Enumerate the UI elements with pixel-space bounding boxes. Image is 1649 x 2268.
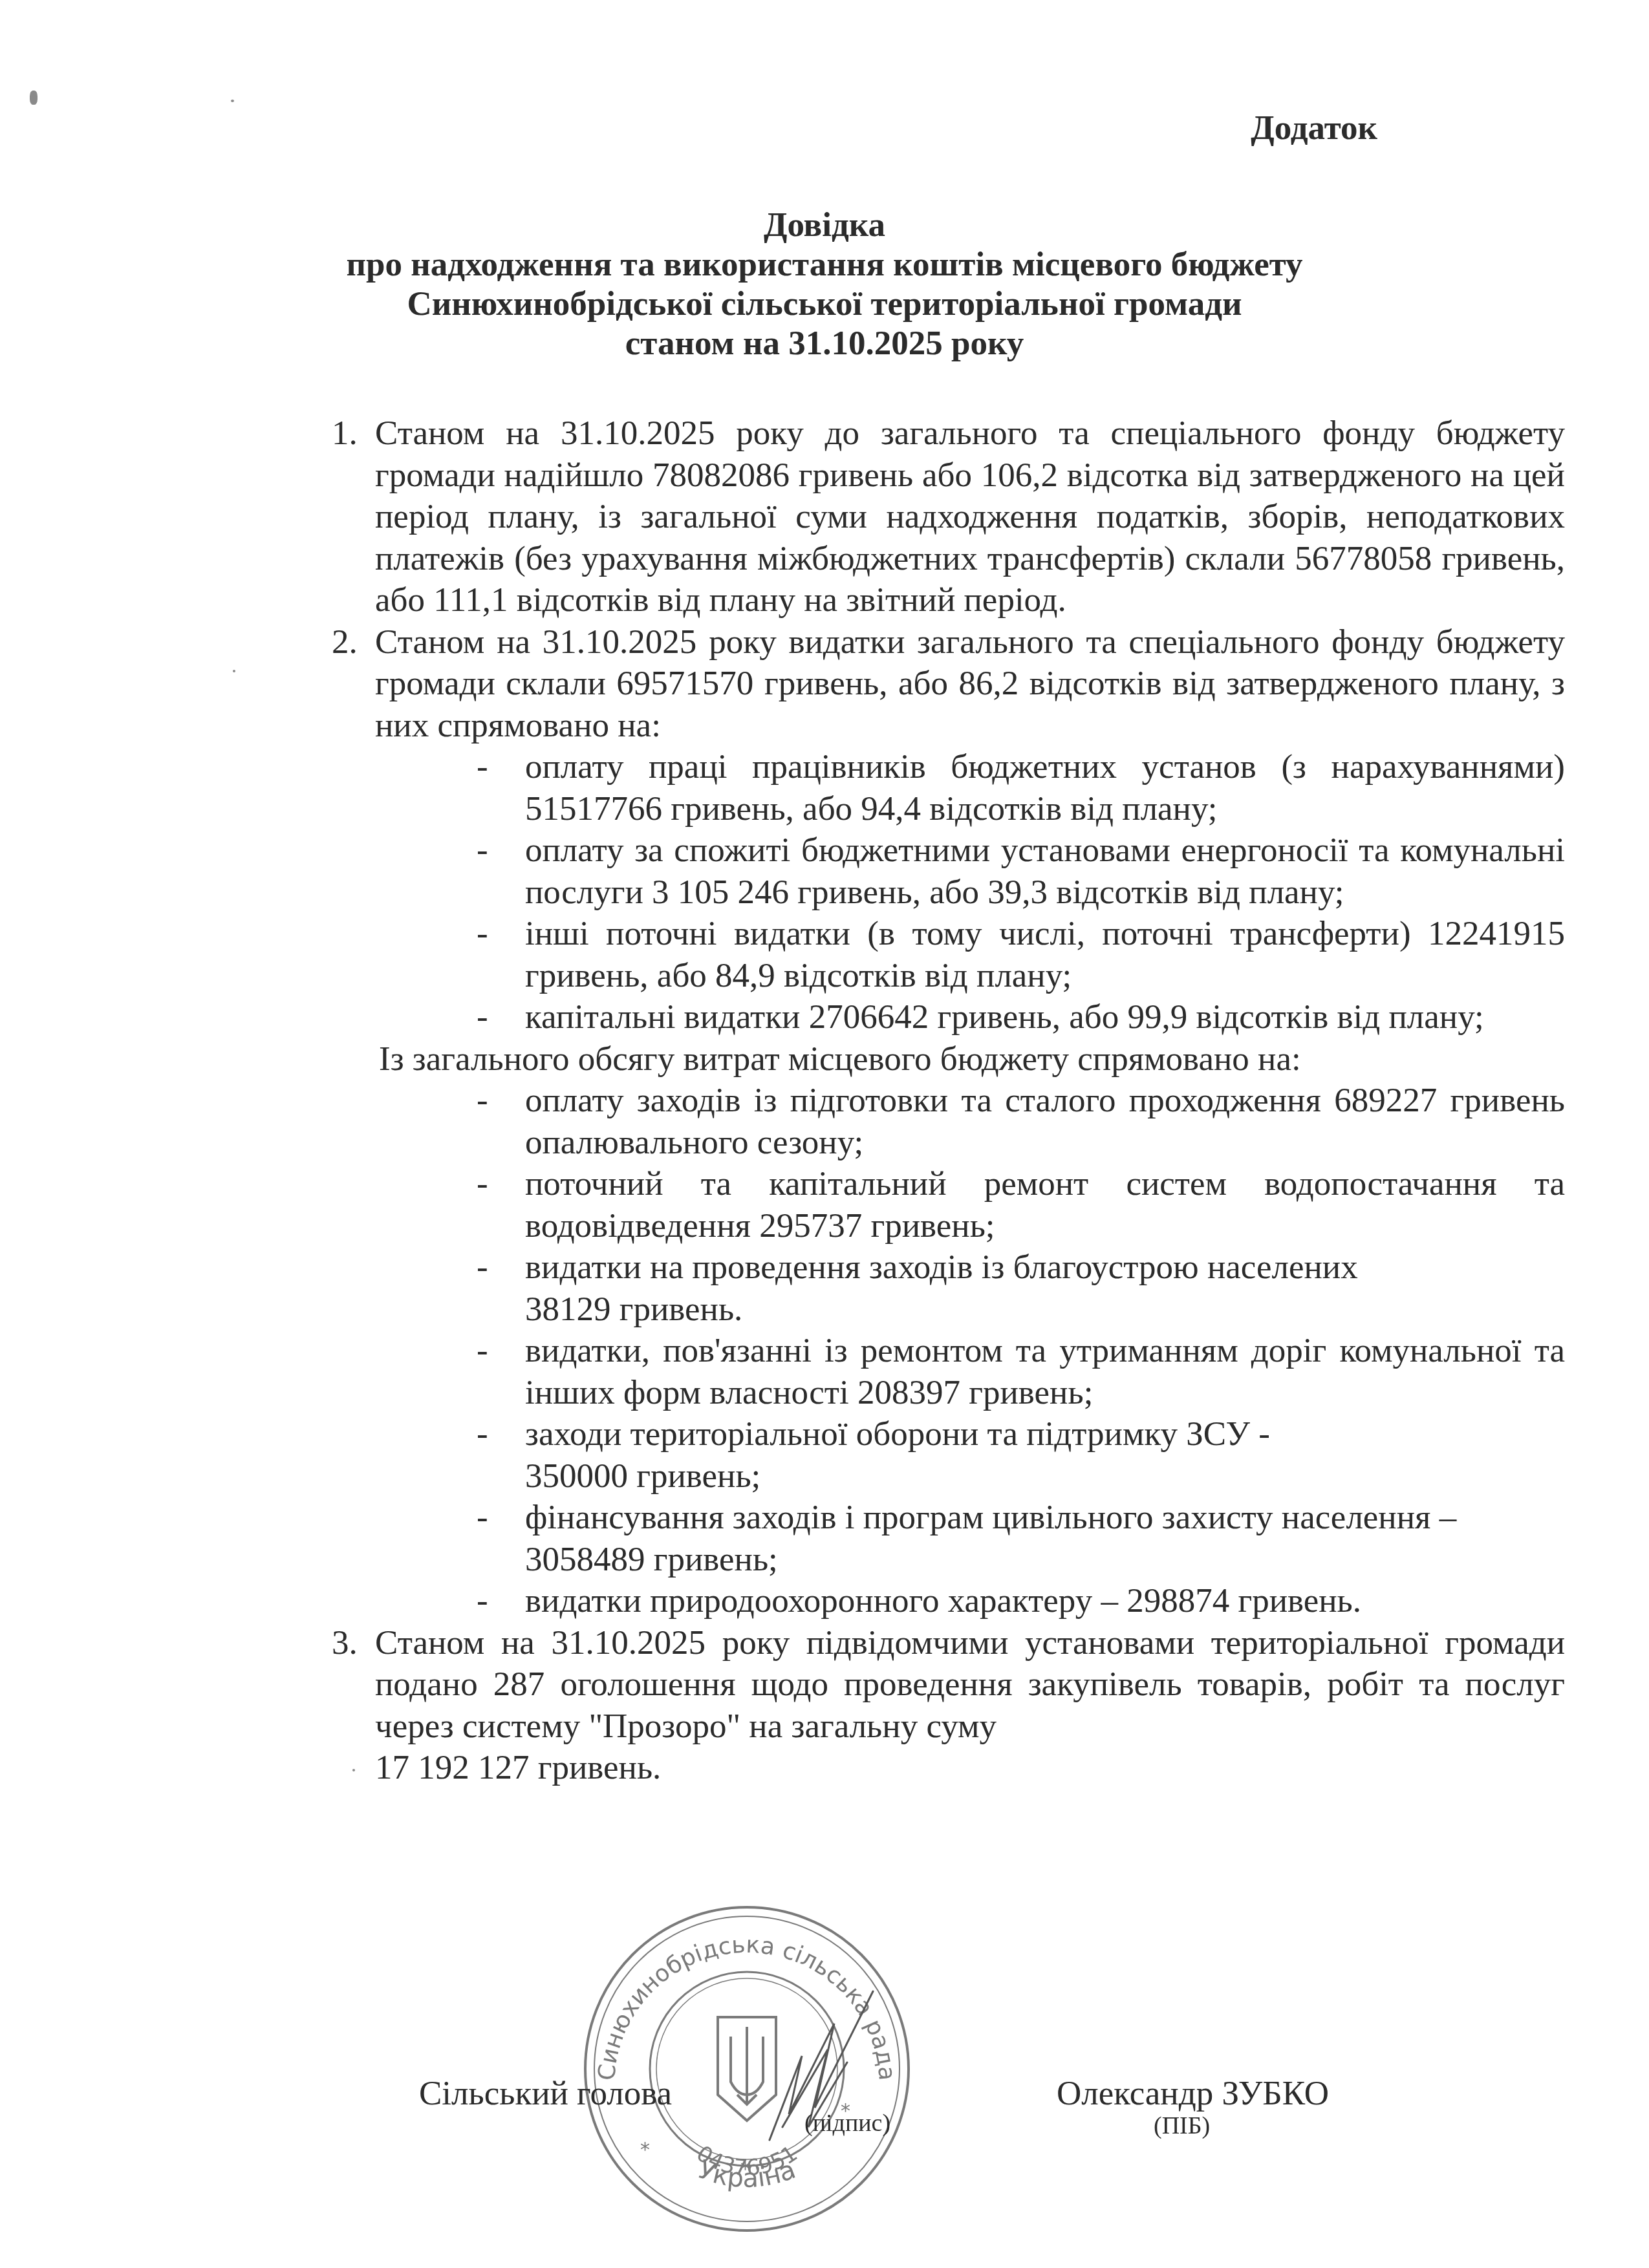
scan-speck	[233, 670, 235, 672]
item-number: 2.	[332, 621, 358, 663]
bullet-item: -видатки на проведення заходів із благоу…	[332, 1246, 1565, 1330]
bullet-text: фінансування заходів і програм цивільног…	[525, 1497, 1565, 1539]
bullet-item: -капітальні видатки 2706642 гривень, або…	[332, 996, 1565, 1038]
bullet-dash-icon: -	[477, 1413, 488, 1455]
bullet-item: -поточний та капітальний ремонт систем в…	[332, 1163, 1565, 1246]
expense-breakdown-list: -оплату праці працівників бюджетних уста…	[332, 746, 1565, 1038]
bullet-item: -оплату праці працівників бюджетних уста…	[332, 746, 1565, 829]
name-caption: (ПІБ)	[1154, 2112, 1210, 2140]
title-line-4: станом на 31.10.2025 року	[0, 324, 1649, 363]
bullet-item: -оплату за спожиті бюджетними установами…	[332, 829, 1565, 913]
appendix-label: Додаток	[1251, 109, 1377, 147]
bullet-text: видатки на проведення заходів із благоус…	[525, 1246, 1565, 1289]
item-text: Станом на 31.10.2025 року підвідомчими у…	[375, 1622, 1565, 1789]
title-line-3: Синюхинобрідської сільської територіальн…	[0, 284, 1649, 324]
bullet-text: поточний та капітальний ремонт систем во…	[525, 1163, 1565, 1246]
bullet-text: видатки, пов'язанні із ремонтом та утрим…	[525, 1330, 1565, 1413]
bullet-dash-icon: -	[477, 913, 488, 955]
bullet-dash-icon: -	[477, 1497, 488, 1539]
bullet-text: 350000 гривень;	[525, 1455, 1565, 1497]
bullet-dash-icon: -	[477, 1246, 488, 1289]
sub-heading: Із загального обсягу витрат місцевого бю…	[332, 1038, 1565, 1080]
signatory-role: Сільський голова	[419, 2074, 672, 2113]
bullet-dash-icon: -	[477, 996, 488, 1038]
bullet-text: 38129 гривень.	[525, 1289, 1565, 1331]
signatory-name: Олександр ЗУБКО	[1057, 2074, 1329, 2113]
bullet-item: -видатки природоохоронного характеру – 2…	[332, 1580, 1565, 1622]
list-item-1: 1. Станом на 31.10.2025 року до загально…	[332, 412, 1565, 621]
bullet-text: 3058489 гривень;	[525, 1539, 1565, 1581]
title-line-1: Довідка	[0, 206, 1649, 245]
item-text: Станом на 31.10.2025 року до загального …	[375, 412, 1565, 621]
bullet-text: видатки природоохоронного характеру – 29…	[525, 1580, 1565, 1622]
bullet-dash-icon: -	[477, 746, 488, 788]
title-line-2: про надходження та використання коштів м…	[0, 245, 1649, 284]
bullet-text: оплату заходів із підготовки та сталого …	[525, 1080, 1565, 1163]
bullet-dash-icon: -	[477, 1080, 488, 1122]
bullet-text: інші поточні видатки (в тому числі, пото…	[525, 913, 1565, 996]
document-title: Довідка про надходження та використання …	[0, 206, 1649, 363]
bullet-item: -фінансування заходів і програм цивільно…	[332, 1497, 1565, 1580]
signature-caption: (підпис)	[804, 2109, 890, 2137]
item-number: 1.	[332, 412, 358, 455]
document-body: 1. Станом на 31.10.2025 року до загально…	[332, 412, 1565, 1789]
item-text: Станом на 31.10.2025 року видатки загаль…	[375, 621, 1565, 747]
bullet-dash-icon: -	[477, 1163, 488, 1205]
scan-speck	[30, 91, 38, 105]
bullet-item: -заходи територіальної оборони та підтри…	[332, 1413, 1565, 1497]
bullet-text: оплату праці працівників бюджетних устан…	[525, 746, 1565, 829]
item-number: 3.	[332, 1622, 358, 1664]
bullet-dash-icon: -	[477, 1580, 488, 1622]
list-item-2: 2. Станом на 31.10.2025 року видатки заг…	[332, 621, 1565, 747]
bullet-text: заходи територіальної оборони та підтрим…	[525, 1413, 1565, 1455]
bullet-dash-icon: -	[477, 829, 488, 872]
document-page: Додаток Довідка про надходження та викор…	[0, 0, 1649, 2268]
bullet-text: капітальні видатки 2706642 гривень, або …	[525, 996, 1565, 1038]
bullet-text: оплату за спожиті бюджетними установами …	[525, 829, 1565, 913]
scan-speck	[231, 100, 234, 102]
bullet-item: -оплату заходів із підготовки та сталого…	[332, 1080, 1565, 1163]
bullet-item: -інші поточні видатки (в тому числі, пот…	[332, 913, 1565, 996]
bullet-item: -видатки, пов'язанні із ремонтом та утри…	[332, 1330, 1565, 1413]
bullet-dash-icon: -	[477, 1330, 488, 1372]
expense-directions-list: -оплату заходів із підготовки та сталого…	[332, 1080, 1565, 1622]
scan-speck	[352, 1769, 355, 1771]
list-item-3: 3. Станом на 31.10.2025 року підвідомчим…	[332, 1622, 1565, 1789]
signature-block: Сільський голова (підпис) Олександр ЗУБК…	[0, 2074, 1649, 2165]
